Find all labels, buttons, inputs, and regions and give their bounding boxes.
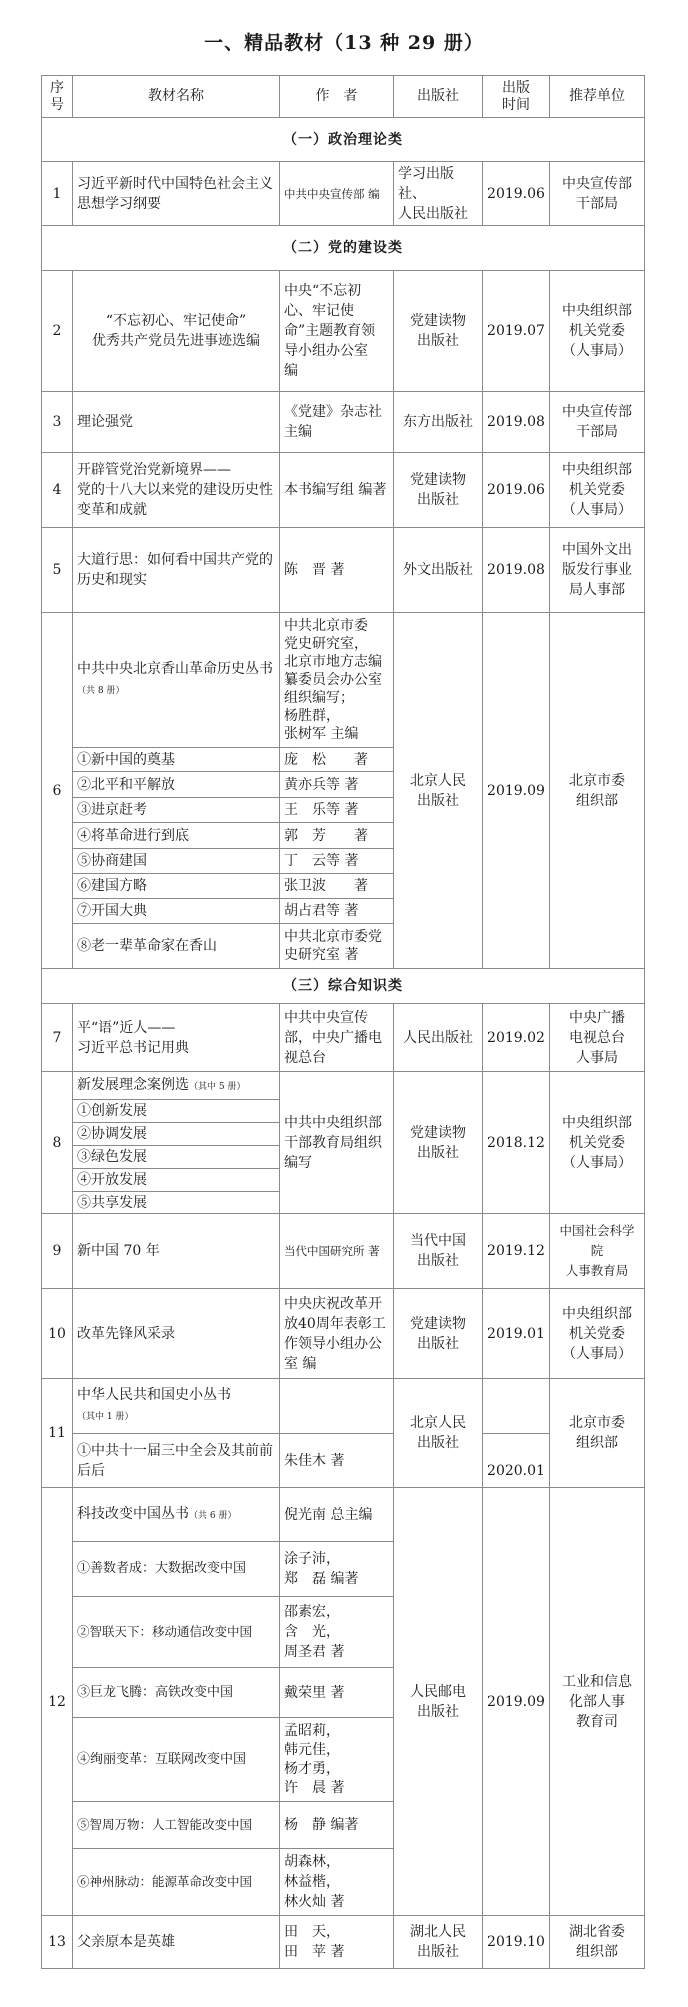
page-title: 一、精品教材（13 种 29 册） xyxy=(0,28,688,55)
header-publisher: 出版社 xyxy=(393,75,483,118)
row-12-sub-4-name: ④绚丽变革：互联网改变中国 xyxy=(72,1717,280,1802)
row-12-recommender: 工业和信息 化部人事 教育司 xyxy=(549,1487,645,1916)
row-3-name: 理论强党 xyxy=(72,391,280,453)
row-6-sub-4-author: 郭 芳 著 xyxy=(279,822,394,849)
row-5-author: 陈 晋 著 xyxy=(279,527,394,613)
row-6-sub-5-name: ⑤协商建国 xyxy=(72,848,280,874)
row-1-publisher: 学习出版社、 人民出版社 xyxy=(393,161,483,226)
row-7-date: 2019.02 xyxy=(482,1003,550,1072)
header-author: 作 者 xyxy=(279,75,394,118)
row-12-sub-4-author: 孟昭莉， 韩元佳， 杨才勇， 许 晨 著 xyxy=(279,1717,394,1802)
row-9-no: 9 xyxy=(41,1213,73,1289)
row-4-date: 2019.06 xyxy=(482,452,550,528)
row-8-no: 8 xyxy=(41,1071,73,1214)
row-13-no: 13 xyxy=(41,1915,73,1969)
row-8-recommender: 中央组织部 机关党委 （人事局） xyxy=(549,1071,645,1214)
row-6-sub-2-name: ②北平和平解放 xyxy=(72,771,280,798)
row-10-name: 改革先锋风采录 xyxy=(72,1288,280,1379)
row-6-sub-3-name: ③进京赶考 xyxy=(72,797,280,823)
row-11-author xyxy=(279,1378,394,1434)
row-3-author: 《党建》杂志社 主编 xyxy=(279,391,394,453)
row-8-sub-3-name: ③绿色发展 xyxy=(72,1145,280,1169)
row-6-no: 6 xyxy=(41,612,73,969)
row-12-publisher: 人民邮电 出版社 xyxy=(393,1487,483,1916)
row-1-name: 习近平新时代中国特色社会主义思想学习纲要 xyxy=(72,161,280,226)
row-12-sub-1-name: ①善数者成：大数据改变中国 xyxy=(72,1541,280,1597)
row-13-publisher: 湖北人民 出版社 xyxy=(393,1915,483,1969)
row-13-date: 2019.10 xyxy=(482,1915,550,1969)
row-11-sub-1-date: 2020.01 xyxy=(482,1433,550,1488)
row-10-recommender: 中央组织部 机关党委 （人事局） xyxy=(549,1288,645,1379)
row-12-sub-5-author: 杨 静 编著 xyxy=(279,1801,394,1849)
row-5-recommender: 中国外文出 版发行事业 局人事部 xyxy=(549,527,645,613)
section-political-theory: （一）政治理论类 xyxy=(41,117,645,162)
row-8-sub-4-name: ④开放发展 xyxy=(72,1168,280,1192)
row-10-no: 10 xyxy=(41,1288,73,1379)
row-6-recommender: 北京市委 组织部 xyxy=(549,612,645,969)
row-12-sub-1-author: 涂子沛， 郑 磊 编著 xyxy=(279,1541,394,1597)
row-6-sub-6-author: 张卫波 著 xyxy=(279,873,394,899)
row-11-no: 11 xyxy=(41,1378,73,1488)
row-12-sub-3-name: ③巨龙飞腾：高铁改变中国 xyxy=(72,1667,280,1718)
row-2-publisher: 党建读物 出版社 xyxy=(393,270,483,392)
row-13-name: 父亲原本是英雄 xyxy=(72,1915,280,1969)
row-2-date: 2019.07 xyxy=(482,270,550,392)
row-5-no: 5 xyxy=(41,527,73,613)
row-6-sub-7-name: ⑦开国大典 xyxy=(72,898,280,924)
row-5-name: 大道行思：如何看中国共产党的历史和现实 xyxy=(72,527,280,613)
header-recommender: 推荐单位 xyxy=(549,75,645,118)
row-10-publisher: 党建读物 出版社 xyxy=(393,1288,483,1379)
row-12-name-note: （共 6 册） xyxy=(189,1511,236,1521)
row-3-recommender: 中央宣传部 干部局 xyxy=(549,391,645,453)
row-4-recommender: 中央组织部 机关党委 （人事局） xyxy=(549,452,645,528)
row-7-author: 中共中央宣传部，中央广播电视总台 xyxy=(279,1003,394,1072)
row-1-recommender: 中央宣传部 干部局 xyxy=(549,161,645,226)
row-6-sub-3-author: 王 乐等 著 xyxy=(279,797,394,823)
row-9-author: 当代中国研究所 著 xyxy=(279,1213,394,1289)
row-6-sub-2-author: 黄亦兵等 著 xyxy=(279,771,394,798)
row-9-date: 2019.12 xyxy=(482,1213,550,1289)
row-6-name-text: 中共中央北京香山革命历史丛书 xyxy=(77,661,273,677)
row-8-author: 中共中央组织部干部教育局组织编写 xyxy=(279,1071,394,1214)
row-6-sub-8-name: ⑧老一辈革命家在香山 xyxy=(72,923,280,969)
row-11-publisher: 北京人民 出版社 xyxy=(393,1378,483,1488)
row-4-publisher: 党建读物 出版社 xyxy=(393,452,483,528)
row-7-recommender: 中央广播 电视总台 人事局 xyxy=(549,1003,645,1072)
row-2-recommender: 中央组织部 机关党委 （人事局） xyxy=(549,270,645,392)
row-7-publisher: 人民出版社 xyxy=(393,1003,483,1072)
row-4-name: 开辟管党治党新境界—— 党的十八大以来党的建设历史性变革和成就 xyxy=(72,452,280,528)
section-party-building: （二）党的建设类 xyxy=(41,225,645,271)
row-8-name-text: 新发展理念案例选 xyxy=(77,1077,189,1093)
row-11-name-text: 中华人民共和国史小丛书 xyxy=(77,1387,231,1403)
row-9-name: 新中国 70 年 xyxy=(72,1213,280,1289)
row-6-sub-1-name: ①新中国的奠基 xyxy=(72,747,280,772)
row-12-sub-2-author: 邵素宏， 含 光， 周圣君 著 xyxy=(279,1596,394,1668)
header-no: 序 号 xyxy=(41,75,73,118)
row-6-sub-6-name: ⑥建国方略 xyxy=(72,873,280,899)
row-11-name: 中华人民共和国史小丛书（其中 1 册） xyxy=(72,1378,280,1434)
row-3-no: 3 xyxy=(41,391,73,453)
row-8-date: 2018.12 xyxy=(482,1071,550,1214)
row-12-sub-2-name: ②智联天下：移动通信改变中国 xyxy=(72,1596,280,1668)
row-10-date: 2019.01 xyxy=(482,1288,550,1379)
section-general-knowledge: （三）综合知识类 xyxy=(41,968,645,1004)
row-4-author: 本书编写组 编著 xyxy=(279,452,394,528)
row-6-sub-1-author: 庞 松 著 xyxy=(279,747,394,772)
row-6-name: 中共中央北京香山革命历史丛书（共 8 册） xyxy=(72,612,280,748)
row-8-name-note: （其中 5 册） xyxy=(189,1082,245,1092)
row-6-sub-5-author: 丁 云等 著 xyxy=(279,848,394,874)
row-6-sub-7-author: 胡占君等 著 xyxy=(279,898,394,924)
row-11-name-note: （其中 1 册） xyxy=(77,1412,133,1422)
row-11-sub-1-author: 朱佳木 著 xyxy=(279,1433,394,1488)
row-10-author: 中央庆祝改革开放40周年表彰工作领导小组办公室 编 xyxy=(279,1288,394,1379)
row-6-name-note: （共 8 册） xyxy=(77,686,124,696)
row-8-publisher: 党建读物 出版社 xyxy=(393,1071,483,1214)
row-9-publisher: 当代中国 出版社 xyxy=(393,1213,483,1289)
row-6-publisher: 北京人民 出版社 xyxy=(393,612,483,969)
header-date: 出版 时间 xyxy=(482,75,550,118)
row-4-no: 4 xyxy=(41,452,73,528)
row-12-sub-6-author: 胡森林， 林益楷， 林火灿 著 xyxy=(279,1848,394,1916)
row-8-name: 新发展理念案例选（其中 5 册） xyxy=(72,1071,280,1100)
row-11-recommender: 北京市委 组织部 xyxy=(549,1378,645,1488)
row-12-date: 2019.09 xyxy=(482,1487,550,1916)
row-1-no: 1 xyxy=(41,161,73,226)
row-12-name: 科技改变中国丛书（共 6 册） xyxy=(72,1487,280,1542)
row-6-author: 中共北京市委 党史研究室， 北京市地方志编纂委员会办公室 组织编写； 杨胜群， … xyxy=(279,612,394,748)
row-8-sub-2-name: ②协调发展 xyxy=(72,1122,280,1146)
row-12-name-text: 科技改变中国丛书 xyxy=(77,1506,189,1522)
row-8-sub-5-name: ⑤共享发展 xyxy=(72,1191,280,1214)
row-6-sub-8-author: 中共北京市委党史研究室 著 xyxy=(279,923,394,969)
row-9-recommender: 中国社会科学院 人事教育局 xyxy=(549,1213,645,1289)
row-13-recommender: 湖北省委 组织部 xyxy=(549,1915,645,1969)
row-2-author: 中央“不忘初心、牢记使命”主题教育领导小组办公室 编 xyxy=(279,270,394,392)
row-12-no: 12 xyxy=(41,1487,73,1916)
row-5-publisher: 外文出版社 xyxy=(393,527,483,613)
row-12-sub-6-name: ⑥神州脉动：能源革命改变中国 xyxy=(72,1848,280,1916)
row-2-name: “不忘初心、牢记使命” 优秀共产党员先进事迹选编 xyxy=(72,270,280,392)
row-3-publisher: 东方出版社 xyxy=(393,391,483,453)
row-7-no: 7 xyxy=(41,1003,73,1072)
row-12-author: 倪光南 总主编 xyxy=(279,1487,394,1542)
row-2-no: 2 xyxy=(41,270,73,392)
row-13-author: 田 天， 田 苹 著 xyxy=(279,1915,394,1969)
row-1-author: 中共中央宣传部 编 xyxy=(279,161,394,226)
row-3-date: 2019.08 xyxy=(482,391,550,453)
row-12-sub-5-name: ⑤智周万物：人工智能改变中国 xyxy=(72,1801,280,1849)
row-8-sub-1-name: ①创新发展 xyxy=(72,1099,280,1123)
row-11-sub-1-name: ①中共十一届三中全会及其前前后后 xyxy=(72,1433,280,1488)
row-5-date: 2019.08 xyxy=(482,527,550,613)
row-7-name: 平“语”近人—— 习近平总书记用典 xyxy=(72,1003,280,1072)
row-6-date: 2019.09 xyxy=(482,612,550,969)
row-1-date: 2019.06 xyxy=(482,161,550,226)
row-11-date xyxy=(482,1378,550,1434)
row-6-sub-4-name: ④将革命进行到底 xyxy=(72,822,280,849)
header-name: 教材名称 xyxy=(72,75,280,118)
row-12-sub-3-author: 戴荣里 著 xyxy=(279,1667,394,1718)
